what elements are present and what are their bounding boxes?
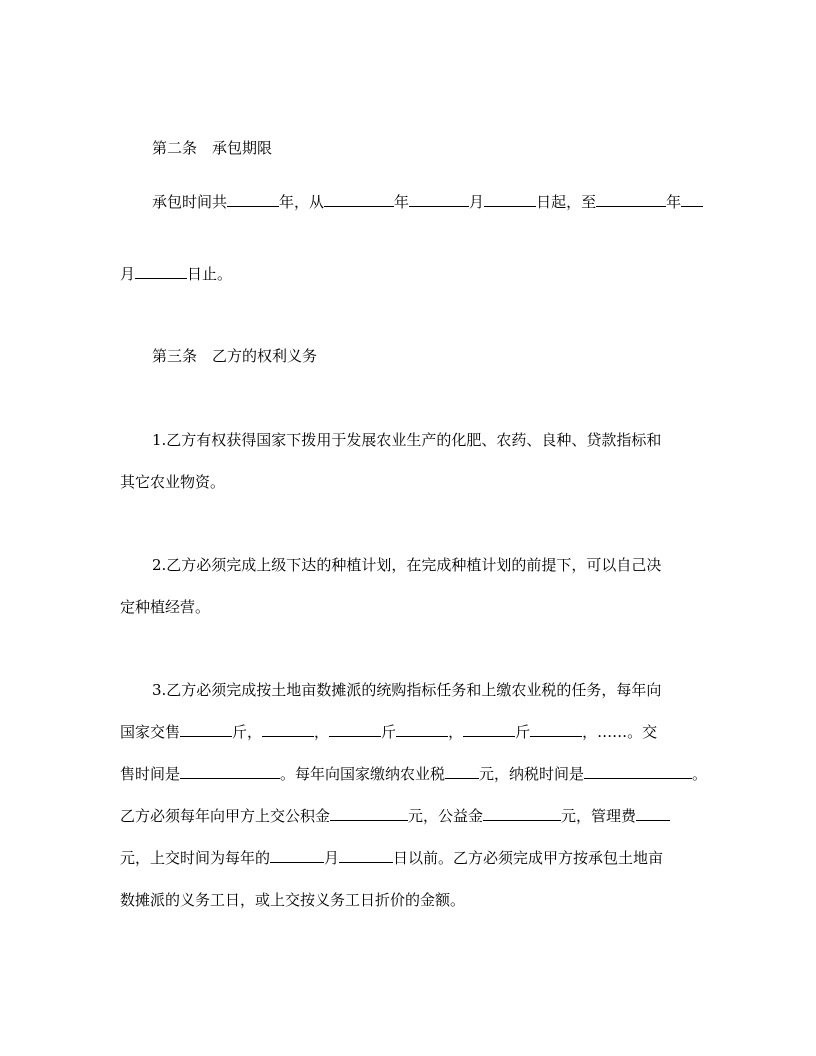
fill-in-blank[interactable] (330, 806, 408, 821)
fill-in-blank[interactable] (681, 192, 703, 207)
text-segment: 。 (692, 765, 707, 783)
article-3-heading: 第三条 乙方的权利义务 (152, 346, 317, 366)
item-3-line-4: 乙方必须每年向甲方上交公积金元，公益金元，管理费 (120, 806, 670, 826)
text-segment: 年，从 (279, 193, 324, 211)
text-segment: 日止。 (187, 265, 232, 283)
fill-in-blank[interactable] (463, 722, 515, 737)
text-segment: 元，纳税时间是 (479, 765, 584, 783)
item-3-line-5: 元，上交时间为每年的月日以前。乙方必须完成甲方按承包土地亩 (120, 848, 663, 868)
item-1-line-2: 其它农业物资。 (120, 472, 225, 492)
text-segment: 年 (666, 193, 681, 211)
text-segment: 年 (394, 193, 409, 211)
text-segment: 元，上交时间为每年的 (120, 849, 270, 867)
item-3-line-2: 国家交售斤，，斤，斤，……。交 (120, 722, 657, 742)
text-segment: 售时间是 (120, 765, 180, 783)
item-3-line-1: 3.乙方必须完成按土地亩数摊派的统购指标任务和上缴农业税的任务，每年向 (152, 680, 661, 700)
text-segment: 乙方必须每年向甲方上交公积金 (120, 807, 330, 825)
fill-in-blank[interactable] (329, 722, 381, 737)
article-2-line-2: 月日止。 (120, 264, 232, 284)
item-3-line-3: 售时间是。每年向国家缴纳农业税元，纳税时间是。 (120, 764, 707, 784)
article-2-line-1: 承包时间共年，从年月日起，至年 (152, 192, 703, 212)
text-segment: ，……。交 (582, 723, 657, 741)
item-1-line-1: 1.乙方有权获得国家下拨用于发展农业生产的化肥、农药、良种、贷款指标和 (152, 430, 661, 450)
fill-in-blank[interactable] (324, 192, 394, 207)
text-segment: 月 (324, 849, 339, 867)
item-2-line-2: 定种植经营。 (120, 597, 210, 617)
text-segment: 日起，至 (536, 193, 596, 211)
fill-in-blank[interactable] (227, 192, 279, 207)
text-segment: 。每年向国家缴纳农业税 (280, 765, 445, 783)
text-segment: 月 (120, 265, 135, 283)
text-segment: 斤 (381, 723, 396, 741)
fill-in-blank[interactable] (596, 192, 666, 207)
text-segment: 日以前。乙方必须完成甲方按承包土地亩 (393, 849, 663, 867)
text-segment: 国家交售 (120, 723, 180, 741)
text-segment: 月 (469, 193, 484, 211)
text-segment: 元，管理费 (561, 807, 636, 825)
fill-in-blank[interactable] (584, 764, 692, 779)
text-segment: 斤， (232, 723, 262, 741)
fill-in-blank[interactable] (339, 848, 393, 863)
fill-in-blank[interactable] (180, 722, 232, 737)
item-3-line-6: 数摊派的义务工日，或上交按义务工日折价的金额。 (120, 890, 465, 910)
text-segment: 斤 (515, 723, 530, 741)
fill-in-blank[interactable] (135, 264, 187, 279)
fill-in-blank[interactable] (445, 764, 479, 779)
article-2-heading: 第二条 承包期限 (152, 138, 272, 158)
fill-in-blank[interactable] (530, 722, 582, 737)
text-segment: 元，公益金 (408, 807, 483, 825)
fill-in-blank[interactable] (270, 848, 324, 863)
fill-in-blank[interactable] (636, 806, 670, 821)
fill-in-blank[interactable] (180, 764, 280, 779)
fill-in-blank[interactable] (409, 192, 469, 207)
text-segment: 承包时间共 (152, 193, 227, 211)
item-2-line-1: 2.乙方必须完成上级下达的种植计划，在完成种植计划的前提下，可以自己决 (152, 555, 661, 575)
fill-in-blank[interactable] (262, 722, 314, 737)
fill-in-blank[interactable] (396, 722, 448, 737)
fill-in-blank[interactable] (483, 806, 561, 821)
fill-in-blank[interactable] (484, 192, 536, 207)
text-segment: ， (314, 723, 329, 741)
text-segment: ， (448, 723, 463, 741)
